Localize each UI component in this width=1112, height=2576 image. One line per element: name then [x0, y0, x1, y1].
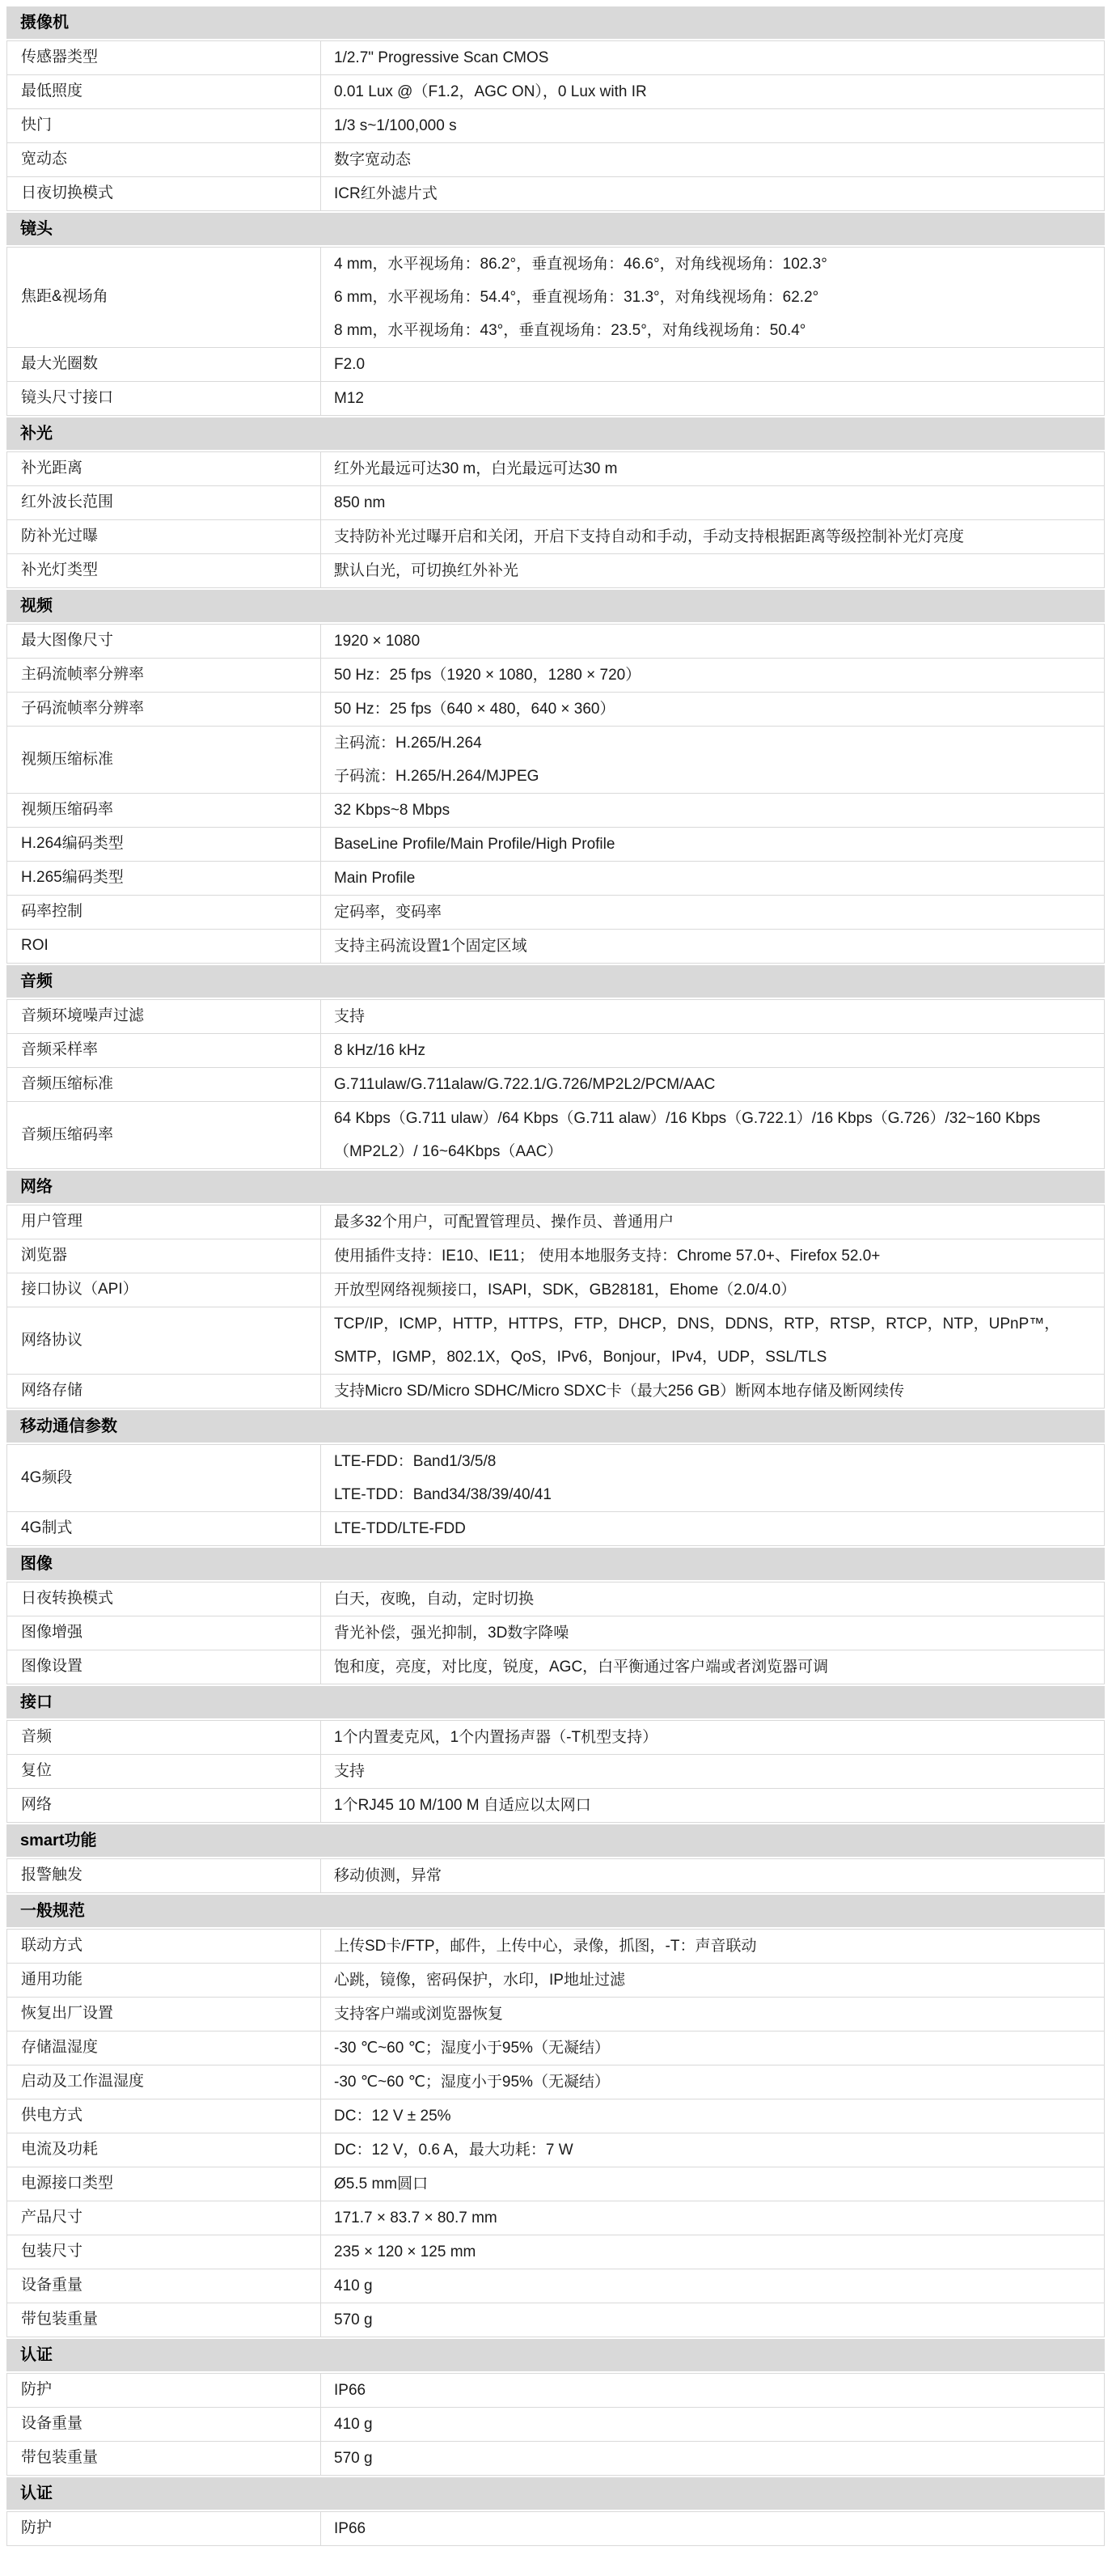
spec-row: 报警触发移动侦测，异常 [7, 1859, 1104, 1893]
spec-label-text: 视频压缩码率 [21, 800, 113, 820]
spec-value: 定码率，变码率 [321, 896, 1104, 929]
spec-label: 设备重量 [7, 2269, 321, 2303]
spec-value: BaseLine Profile/Main Profile/High Profi… [321, 828, 1104, 861]
spec-label: 报警触发 [7, 1859, 321, 1892]
spec-row: 视频压缩码率32 Kbps~8 Mbps [7, 794, 1104, 828]
section-header: 网络 [6, 1171, 1105, 1203]
spec-label: 音频环境噪声过滤 [7, 1000, 321, 1033]
spec-row: 视频压缩标准主码流：H.265/H.264子码流：H.265/H.264/MJP… [7, 727, 1104, 794]
spec-value: DC：12 V ± 25% [321, 2099, 1104, 2133]
spec-label: 码率控制 [7, 896, 321, 929]
section-header: 接口 [6, 1686, 1105, 1718]
spec-value: 支持客户端或浏览器恢复 [321, 1998, 1104, 2031]
spec-row: 图像设置饱和度，亮度，对比度，锐度，AGC，白平衡通过客户端或者浏览器可调 [7, 1650, 1104, 1684]
spec-label: 网络 [7, 1789, 321, 1822]
spec-value: 最多32个用户，可配置管理员、操作员、普通用户 [321, 1205, 1104, 1239]
spec-row: 音频环境噪声过滤支持 [7, 1000, 1104, 1034]
spec-label: 音频压缩码率 [7, 1102, 321, 1168]
spec-label-text: 最大图像尺寸 [21, 631, 113, 651]
spec-value: TCP/IP，ICMP，HTTP，HTTPS，FTP，DHCP，DNS，DDNS… [321, 1307, 1104, 1374]
spec-value: -30 ℃~60 ℃；湿度小于95%（无凝结） [321, 2065, 1104, 2099]
spec-value-line: 主码流：H.265/H.264 [334, 727, 1085, 760]
spec-value: 1/3 s~1/100,000 s [321, 109, 1104, 142]
section-body: 4G频段LTE-FDD：Band1/3/5/8LTE-TDD：Band34/38… [6, 1444, 1105, 1546]
spec-value: 默认白光，可切换红外补光 [321, 554, 1104, 587]
spec-value: -30 ℃~60 ℃；湿度小于95%（无凝结） [321, 2032, 1104, 2065]
spec-value: Main Profile [321, 862, 1104, 895]
spec-label: 图像增强 [7, 1616, 321, 1650]
spec-row: 供电方式DC：12 V ± 25% [7, 2099, 1104, 2133]
spec-label-text: 4G频段 [21, 1468, 72, 1489]
spec-label-text: 网络 [21, 1795, 52, 1815]
spec-label: 最低照度 [7, 75, 321, 108]
spec-label-text: 电源接口类型 [21, 2174, 113, 2194]
spec-row: 音频采样率8 kHz/16 kHz [7, 1034, 1104, 1068]
spec-value: 64 Kbps（G.711 ulaw）/64 Kbps（G.711 alaw）/… [321, 1102, 1104, 1168]
spec-label-text: 供电方式 [21, 2106, 82, 2126]
spec-value: 饱和度，亮度，对比度，锐度，AGC，白平衡通过客户端或者浏览器可调 [321, 1650, 1104, 1684]
spec-label-text: 图像设置 [21, 1657, 82, 1677]
spec-row: 镜头尺寸接口M12 [7, 382, 1104, 416]
spec-label: 浏览器 [7, 1239, 321, 1273]
spec-row: 恢复出厂设置支持客户端或浏览器恢复 [7, 1998, 1104, 2032]
spec-value: 心跳，镜像，密码保护，水印，IP地址过滤 [321, 1964, 1104, 1997]
spec-value: 主码流：H.265/H.264子码流：H.265/H.264/MJPEG [321, 727, 1104, 793]
spec-label-text: 产品尺寸 [21, 2208, 82, 2228]
spec-label-text: 接口协议（API） [21, 1280, 138, 1300]
spec-row: 子码流帧率分辨率50 Hz：25 fps（640 × 480，640 × 360… [7, 693, 1104, 727]
spec-label: 最大图像尺寸 [7, 625, 321, 658]
spec-value: 支持Micro SD/Micro SDHC/Micro SDXC卡（最大256 … [321, 1375, 1104, 1408]
spec-row: 4G频段LTE-FDD：Band1/3/5/8LTE-TDD：Band34/38… [7, 1445, 1104, 1512]
spec-label: 网络存储 [7, 1375, 321, 1408]
spec-value: 50 Hz：25 fps（640 × 480，640 × 360） [321, 693, 1104, 726]
spec-label: 网络协议 [7, 1307, 321, 1374]
spec-label-text: 恢复出厂设置 [21, 2004, 113, 2024]
spec-label: 主码流帧率分辨率 [7, 659, 321, 692]
spec-value: 1个内置麦克风，1个内置扬声器（-T机型支持） [321, 1721, 1104, 1754]
spec-label-text: 音频 [21, 1727, 52, 1748]
spec-label-text: 最大光圈数 [21, 354, 98, 375]
section-body: 补光距离红外光最远可达30 m，白光最远可达30 m红外波长范围850 nm防补… [6, 451, 1105, 588]
spec-row: 补光灯类型默认白光，可切换红外补光 [7, 554, 1104, 588]
spec-label-text: 传感器类型 [21, 48, 98, 68]
spec-row: 存储温湿度-30 ℃~60 ℃；湿度小于95%（无凝结） [7, 2032, 1104, 2065]
spec-row: H.265编码类型Main Profile [7, 862, 1104, 896]
spec-label-text: 网络协议 [21, 1331, 82, 1351]
spec-label-text: 防护 [21, 2380, 52, 2400]
spec-label: 产品尺寸 [7, 2201, 321, 2235]
spec-label: 图像设置 [7, 1650, 321, 1684]
spec-row: 最大光圈数F2.0 [7, 348, 1104, 382]
spec-value: 0.01 Lux @（F1.2，AGC ON），0 Lux with IR [321, 75, 1104, 108]
spec-value: 1个RJ45 10 M/100 M 自适应以太网口 [321, 1789, 1104, 1822]
spec-row: 快门1/3 s~1/100,000 s [7, 109, 1104, 143]
spec-label-text: 设备重量 [21, 2414, 82, 2434]
spec-value: 1920 × 1080 [321, 625, 1104, 658]
section-header: 图像 [6, 1548, 1105, 1580]
spec-row: 联动方式上传SD卡/FTP，邮件，上传中心，录像，抓图，-T：声音联动 [7, 1930, 1104, 1964]
spec-value: 570 g [321, 2303, 1104, 2337]
spec-value: IP66 [321, 2374, 1104, 2407]
spec-value-line: 4 mm，水平视场角：86.2°，垂直视场角：46.6°，对角线视场角：102.… [334, 248, 1085, 281]
section-body: 防护IP66 [6, 2511, 1105, 2546]
section-body: 联动方式上传SD卡/FTP，邮件，上传中心，录像，抓图，-T：声音联动通用功能心… [6, 1929, 1105, 2337]
spec-label-text: 用户管理 [21, 1212, 82, 1232]
spec-label-text: 包装尺寸 [21, 2242, 82, 2262]
spec-row: 4G制式LTE-TDD/LTE-FDD [7, 1512, 1104, 1546]
spec-label-text: 通用功能 [21, 1970, 82, 1990]
spec-label-text: 视频压缩标准 [21, 750, 113, 770]
spec-row: 传感器类型1/2.7" Progressive Scan CMOS [7, 41, 1104, 75]
spec-label-text: 红外波长范围 [21, 493, 113, 513]
spec-label-text: 日夜转换模式 [21, 1589, 113, 1609]
spec-label-text: 音频采样率 [21, 1040, 98, 1061]
spec-label-text: H.264编码类型 [21, 834, 124, 854]
spec-label: 用户管理 [7, 1205, 321, 1239]
spec-label: 防护 [7, 2374, 321, 2407]
spec-label: 宽动态 [7, 143, 321, 176]
section-body: 日夜转换模式白天，夜晚，自动，定时切换图像增强背光补偿，强光抑制，3D数字降噪图… [6, 1582, 1105, 1684]
spec-row: 焦距&视场角4 mm，水平视场角：86.2°，垂直视场角：46.6°，对角线视场… [7, 248, 1104, 348]
section-header: 摄像机 [6, 6, 1105, 39]
spec-label: 视频压缩码率 [7, 794, 321, 827]
spec-label-text: 设备重量 [21, 2276, 82, 2296]
spec-label-text: 码率控制 [21, 902, 82, 922]
spec-value: 背光补偿，强光抑制，3D数字降噪 [321, 1616, 1104, 1650]
spec-label: H.265编码类型 [7, 862, 321, 895]
spec-value: 支持防补光过曝开启和关闭，开启下支持自动和手动，手动支持根据距离等级控制补光灯亮… [321, 520, 1104, 553]
spec-row: 通用功能心跳，镜像，密码保护，水印，IP地址过滤 [7, 1964, 1104, 1998]
spec-label-text: 带包装重量 [21, 2448, 98, 2468]
section-header: smart功能 [6, 1824, 1105, 1857]
spec-row: 带包装重量570 g [7, 2442, 1104, 2476]
spec-value: 850 nm [321, 486, 1104, 519]
section-body: 音频1个内置麦克风，1个内置扬声器（-T机型支持）复位支持网络1个RJ45 10… [6, 1720, 1105, 1823]
spec-label-text: 带包装重量 [21, 2310, 98, 2330]
spec-value: LTE-TDD/LTE-FDD [321, 1512, 1104, 1545]
spec-label: 焦距&视场角 [7, 248, 321, 347]
spec-value: 410 g [321, 2269, 1104, 2303]
section-header: 视频 [6, 590, 1105, 622]
spec-value: 白天，夜晚，自动，定时切换 [321, 1582, 1104, 1616]
spec-row: 网络1个RJ45 10 M/100 M 自适应以太网口 [7, 1789, 1104, 1823]
spec-value: 上传SD卡/FTP，邮件，上传中心，录像，抓图，-T：声音联动 [321, 1930, 1104, 1963]
spec-label: 音频压缩标准 [7, 1068, 321, 1101]
spec-label: 补光灯类型 [7, 554, 321, 587]
spec-table: 摄像机传感器类型1/2.7" Progressive Scan CMOS最低照度… [6, 6, 1105, 2546]
spec-row: 主码流帧率分辨率50 Hz：25 fps（1920 × 1080，1280 × … [7, 659, 1104, 693]
section-header: 认证 [6, 2477, 1105, 2510]
spec-value: 支持 [321, 1000, 1104, 1033]
spec-label: 音频 [7, 1721, 321, 1754]
spec-label: 日夜转换模式 [7, 1582, 321, 1616]
spec-value: 使用插件支持：IE10、IE11； 使用本地服务支持：Chrome 57.0+、… [321, 1239, 1104, 1273]
spec-label: 设备重量 [7, 2408, 321, 2441]
spec-label-text: 子码流帧率分辨率 [21, 699, 144, 719]
spec-label: 供电方式 [7, 2099, 321, 2133]
spec-value-line: LTE-TDD：Band34/38/39/40/41 [334, 1478, 1085, 1511]
spec-value: 支持主码流设置1个固定区域 [321, 930, 1104, 963]
spec-label-text: 镜头尺寸接口 [21, 388, 113, 409]
spec-value: Ø5.5 mm圆口 [321, 2167, 1104, 2201]
section-header: 音频 [6, 965, 1105, 998]
spec-label-text: 宽动态 [21, 150, 67, 170]
spec-label-text: 防补光过曝 [21, 527, 98, 547]
spec-label: 带包装重量 [7, 2442, 321, 2475]
spec-label: 带包装重量 [7, 2303, 321, 2337]
spec-label: H.264编码类型 [7, 828, 321, 861]
spec-value: 移动侦测，异常 [321, 1859, 1104, 1892]
spec-value: F2.0 [321, 348, 1104, 381]
spec-row: 电流及功耗DC：12 V，0.6 A，最大功耗：7 W [7, 2133, 1104, 2167]
spec-label-text: H.265编码类型 [21, 868, 124, 888]
spec-row: 产品尺寸171.7 × 83.7 × 80.7 mm [7, 2201, 1104, 2235]
spec-row: 电源接口类型Ø5.5 mm圆口 [7, 2167, 1104, 2201]
spec-label: 防补光过曝 [7, 520, 321, 553]
spec-row: 图像增强背光补偿，强光抑制，3D数字降噪 [7, 1616, 1104, 1650]
spec-row: 码率控制定码率，变码率 [7, 896, 1104, 930]
spec-label-text: 复位 [21, 1761, 52, 1782]
section-header: 认证 [6, 2339, 1105, 2371]
spec-row: 用户管理最多32个用户，可配置管理员、操作员、普通用户 [7, 1205, 1104, 1239]
spec-value: 红外光最远可达30 m，白光最远可达30 m [321, 452, 1104, 485]
section-header: 补光 [6, 417, 1105, 450]
spec-row: 启动及工作温湿度-30 ℃~60 ℃；湿度小于95%（无凝结） [7, 2065, 1104, 2099]
section-header: 镜头 [6, 213, 1105, 245]
spec-row: 网络存储支持Micro SD/Micro SDHC/Micro SDXC卡（最大… [7, 1375, 1104, 1409]
spec-label: 日夜切换模式 [7, 177, 321, 210]
spec-row: 包装尺寸235 × 120 × 125 mm [7, 2235, 1104, 2269]
spec-label: 存储温湿度 [7, 2032, 321, 2065]
spec-value: 4 mm，水平视场角：86.2°，垂直视场角：46.6°，对角线视场角：102.… [321, 248, 1104, 347]
spec-value: 开放型网络视频接口，ISAPI，SDK，GB28181，Ehome（2.0/4.… [321, 1273, 1104, 1307]
spec-row: ROI支持主码流设置1个固定区域 [7, 930, 1104, 964]
spec-row: 补光距离红外光最远可达30 m，白光最远可达30 m [7, 452, 1104, 486]
spec-value: 235 × 120 × 125 mm [321, 2235, 1104, 2269]
spec-label: 子码流帧率分辨率 [7, 693, 321, 726]
spec-row: 网络协议TCP/IP，ICMP，HTTP，HTTPS，FTP，DHCP，DNS，… [7, 1307, 1104, 1375]
spec-label-text: 焦距&视场角 [21, 287, 108, 307]
section-body: 防护IP66设备重量410 g带包装重量570 g [6, 2373, 1105, 2476]
spec-label: 恢复出厂设置 [7, 1998, 321, 2031]
spec-label-text: 图像增强 [21, 1623, 82, 1643]
section-body: 用户管理最多32个用户，可配置管理员、操作员、普通用户浏览器使用插件支持：IE1… [6, 1205, 1105, 1409]
section-body: 传感器类型1/2.7" Progressive Scan CMOS最低照度0.0… [6, 40, 1105, 211]
spec-value: IP66 [321, 2512, 1104, 2545]
spec-label: 通用功能 [7, 1964, 321, 1997]
spec-row: 复位支持 [7, 1755, 1104, 1789]
spec-label-text: 启动及工作温湿度 [21, 2072, 144, 2092]
spec-value-line: 6 mm，水平视场角：54.4°，垂直视场角：31.3°，对角线视场角：62.2… [334, 281, 1085, 314]
spec-label-text: 快门 [21, 116, 52, 136]
spec-label: 补光距离 [7, 452, 321, 485]
spec-value: 410 g [321, 2408, 1104, 2441]
spec-row: 宽动态数字宽动态 [7, 143, 1104, 177]
spec-row: 音频压缩码率64 Kbps（G.711 ulaw）/64 Kbps（G.711 … [7, 1102, 1104, 1169]
spec-row: 接口协议（API）开放型网络视频接口，ISAPI，SDK，GB28181，Eho… [7, 1273, 1104, 1307]
spec-value: G.711ulaw/G.711alaw/G.722.1/G.726/MP2L2/… [321, 1068, 1104, 1101]
spec-row: 日夜切换模式ICR红外滤片式 [7, 177, 1104, 211]
spec-row: 防护IP66 [7, 2374, 1104, 2408]
spec-label-text: 联动方式 [21, 1936, 82, 1956]
spec-label-text: 主码流帧率分辨率 [21, 665, 144, 685]
spec-label: 快门 [7, 109, 321, 142]
section-body: 报警触发移动侦测，异常 [6, 1858, 1105, 1893]
spec-label: 包装尺寸 [7, 2235, 321, 2269]
spec-value: ICR红外滤片式 [321, 177, 1104, 210]
spec-value-line: 子码流：H.265/H.264/MJPEG [334, 760, 1085, 793]
spec-row: 设备重量410 g [7, 2269, 1104, 2303]
spec-value: 数字宽动态 [321, 143, 1104, 176]
spec-label: 红外波长范围 [7, 486, 321, 519]
spec-label-text: 电流及功耗 [21, 2140, 98, 2160]
spec-label: 电源接口类型 [7, 2167, 321, 2201]
spec-label: 防护 [7, 2512, 321, 2545]
spec-row: 音频1个内置麦克风，1个内置扬声器（-T机型支持） [7, 1721, 1104, 1755]
spec-label-text: 报警触发 [21, 1866, 82, 1886]
spec-value: 1/2.7" Progressive Scan CMOS [321, 41, 1104, 74]
spec-label: 镜头尺寸接口 [7, 382, 321, 415]
spec-row: 带包装重量570 g [7, 2303, 1104, 2337]
spec-value: 支持 [321, 1755, 1104, 1788]
spec-label: 启动及工作温湿度 [7, 2065, 321, 2099]
section-body: 音频环境噪声过滤支持音频采样率8 kHz/16 kHz音频压缩标准G.711ul… [6, 999, 1105, 1169]
spec-label: 4G频段 [7, 1445, 321, 1511]
spec-label-text: 4G制式 [21, 1519, 72, 1539]
spec-label: 联动方式 [7, 1930, 321, 1963]
spec-value: 50 Hz：25 fps（1920 × 1080，1280 × 720） [321, 659, 1104, 692]
spec-label: 复位 [7, 1755, 321, 1788]
spec-label-text: 存储温湿度 [21, 2038, 98, 2058]
spec-label-text: 补光灯类型 [21, 561, 98, 581]
spec-label: 传感器类型 [7, 41, 321, 74]
spec-row: 红外波长范围850 nm [7, 486, 1104, 520]
spec-value: 171.7 × 83.7 × 80.7 mm [321, 2201, 1104, 2235]
spec-label: 视频压缩标准 [7, 727, 321, 793]
spec-value: DC：12 V，0.6 A，最大功耗：7 W [321, 2133, 1104, 2167]
spec-value: 8 kHz/16 kHz [321, 1034, 1104, 1067]
spec-label: 音频采样率 [7, 1034, 321, 1067]
spec-value: 570 g [321, 2442, 1104, 2475]
spec-row: 防护IP66 [7, 2512, 1104, 2546]
spec-value: M12 [321, 382, 1104, 415]
section-body: 焦距&视场角4 mm，水平视场角：86.2°，垂直视场角：46.6°，对角线视场… [6, 247, 1105, 416]
spec-row: 最大图像尺寸1920 × 1080 [7, 625, 1104, 659]
spec-label-text: 音频压缩标准 [21, 1074, 113, 1095]
section-header: 移动通信参数 [6, 1410, 1105, 1443]
section-header: 一般规范 [6, 1895, 1105, 1927]
spec-label-text: 日夜切换模式 [21, 184, 113, 204]
spec-label: 接口协议（API） [7, 1273, 321, 1307]
spec-label-text: 网络存储 [21, 1381, 82, 1401]
spec-row: 设备重量410 g [7, 2408, 1104, 2442]
spec-row: H.264编码类型BaseLine Profile/Main Profile/H… [7, 828, 1104, 862]
section-body: 最大图像尺寸1920 × 1080主码流帧率分辨率50 Hz：25 fps（19… [6, 624, 1105, 964]
spec-label-text: 最低照度 [21, 82, 82, 102]
spec-row: 防补光过曝支持防补光过曝开启和关闭，开启下支持自动和手动，手动支持根据距离等级控… [7, 520, 1104, 554]
spec-value-line: 8 mm，水平视场角：43°，垂直视场角：23.5°，对角线视场角：50.4° [334, 314, 1085, 347]
spec-label: ROI [7, 930, 321, 963]
spec-label-text: 音频压缩码率 [21, 1125, 113, 1146]
spec-row: 浏览器使用插件支持：IE10、IE11； 使用本地服务支持：Chrome 57.… [7, 1239, 1104, 1273]
spec-row: 音频压缩标准G.711ulaw/G.711alaw/G.722.1/G.726/… [7, 1068, 1104, 1102]
spec-value: LTE-FDD：Band1/3/5/8LTE-TDD：Band34/38/39/… [321, 1445, 1104, 1511]
spec-row: 日夜转换模式白天，夜晚，自动，定时切换 [7, 1582, 1104, 1616]
spec-label-text: 防护 [21, 2519, 52, 2539]
spec-label-text: ROI [21, 936, 49, 956]
spec-label-text: 浏览器 [21, 1246, 67, 1266]
spec-label-text: 音频环境噪声过滤 [21, 1006, 144, 1027]
spec-label-text: 补光距离 [21, 459, 82, 479]
spec-value: 32 Kbps~8 Mbps [321, 794, 1104, 827]
spec-label: 4G制式 [7, 1512, 321, 1545]
spec-label: 电流及功耗 [7, 2133, 321, 2167]
spec-row: 最低照度0.01 Lux @（F1.2，AGC ON），0 Lux with I… [7, 75, 1104, 109]
spec-value-line: LTE-FDD：Band1/3/5/8 [334, 1445, 1085, 1478]
spec-label: 最大光圈数 [7, 348, 321, 381]
